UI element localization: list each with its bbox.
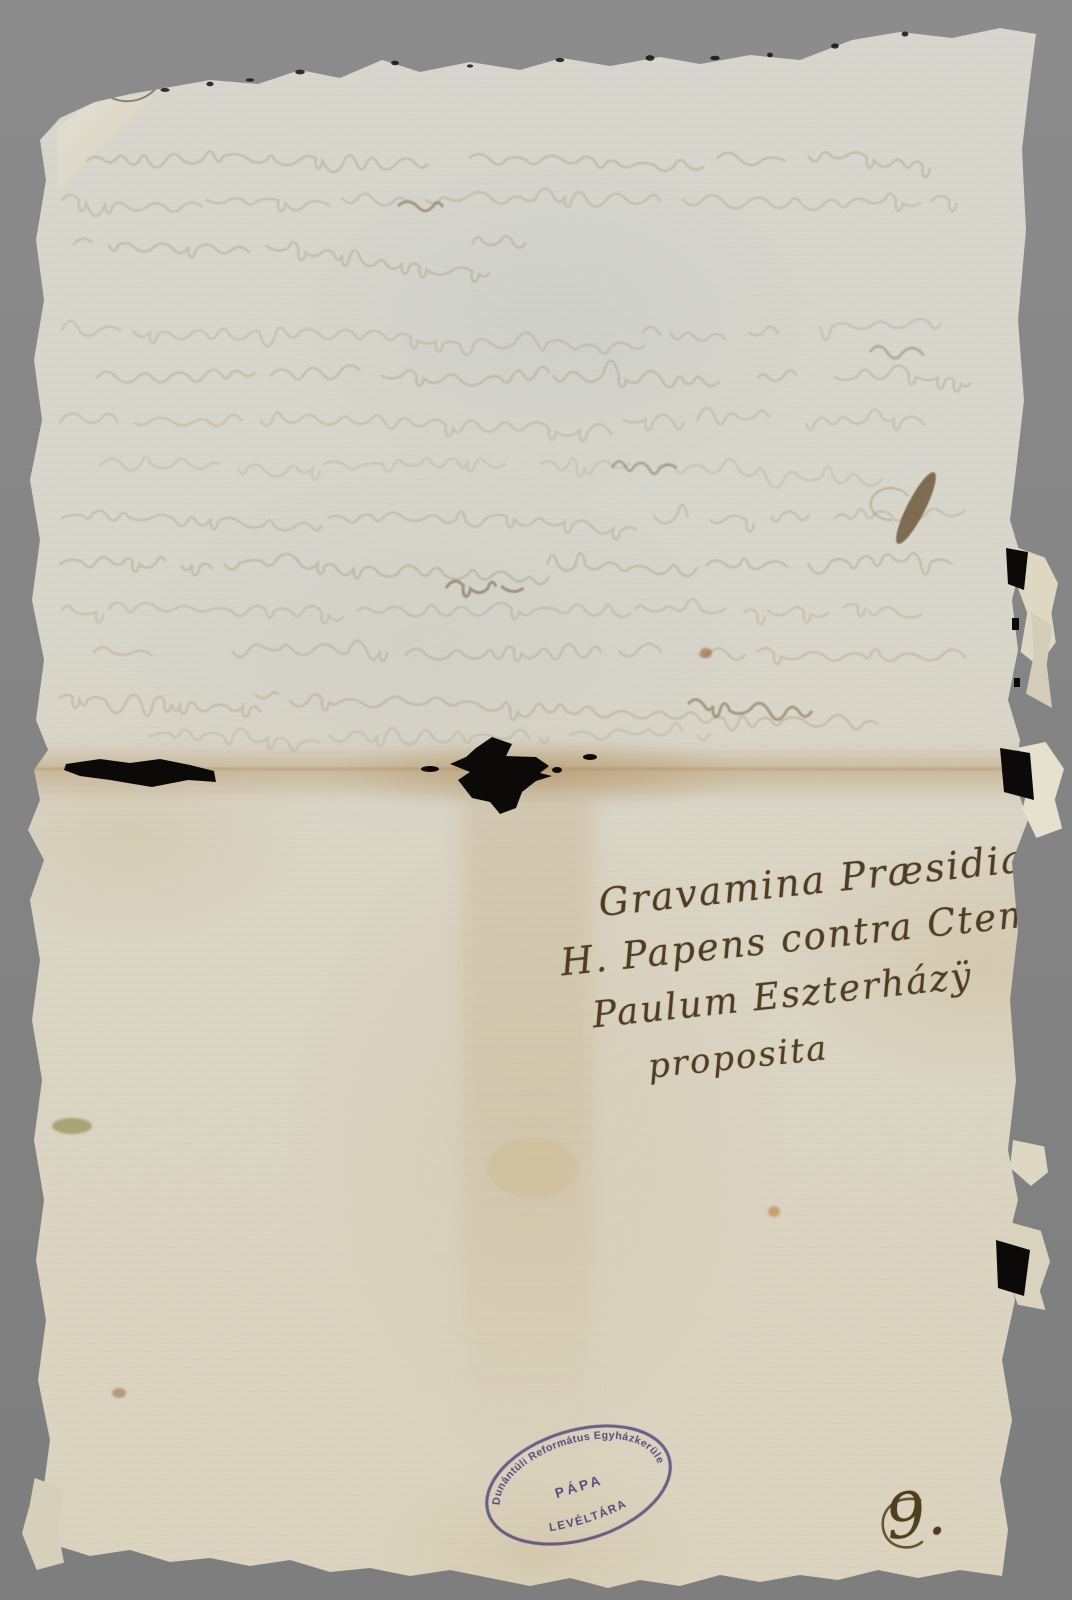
paper-holes: [0, 0, 1072, 1600]
edge-speck: [295, 70, 305, 75]
edge-speck: [160, 88, 169, 92]
edge-speck: [645, 55, 654, 61]
hole-speck: [583, 754, 597, 760]
right-edge-loss: [1000, 748, 1034, 800]
center-hole: [450, 737, 552, 814]
right-edge-loss: [996, 1240, 1030, 1296]
edge-speck: [467, 64, 473, 67]
edge-speck: [767, 53, 773, 58]
edge-speck: [556, 58, 565, 62]
edge-speck: [246, 78, 254, 81]
right-edge-loss: [1012, 618, 1019, 630]
hole-speck: [421, 766, 439, 772]
edge-speck: [710, 56, 719, 61]
edge-speck: [831, 43, 839, 48]
scan-background: 26 Gravamina Præsidiar H. Papens contra …: [0, 0, 1072, 1600]
left-fold-slit: [64, 759, 216, 787]
edge-speck: [391, 61, 399, 66]
edge-speck: [206, 82, 213, 87]
edge-speck: [902, 31, 909, 36]
hole-speck: [552, 767, 562, 773]
right-edge-loss: [1014, 678, 1020, 687]
right-edge-loss: [1006, 548, 1028, 590]
